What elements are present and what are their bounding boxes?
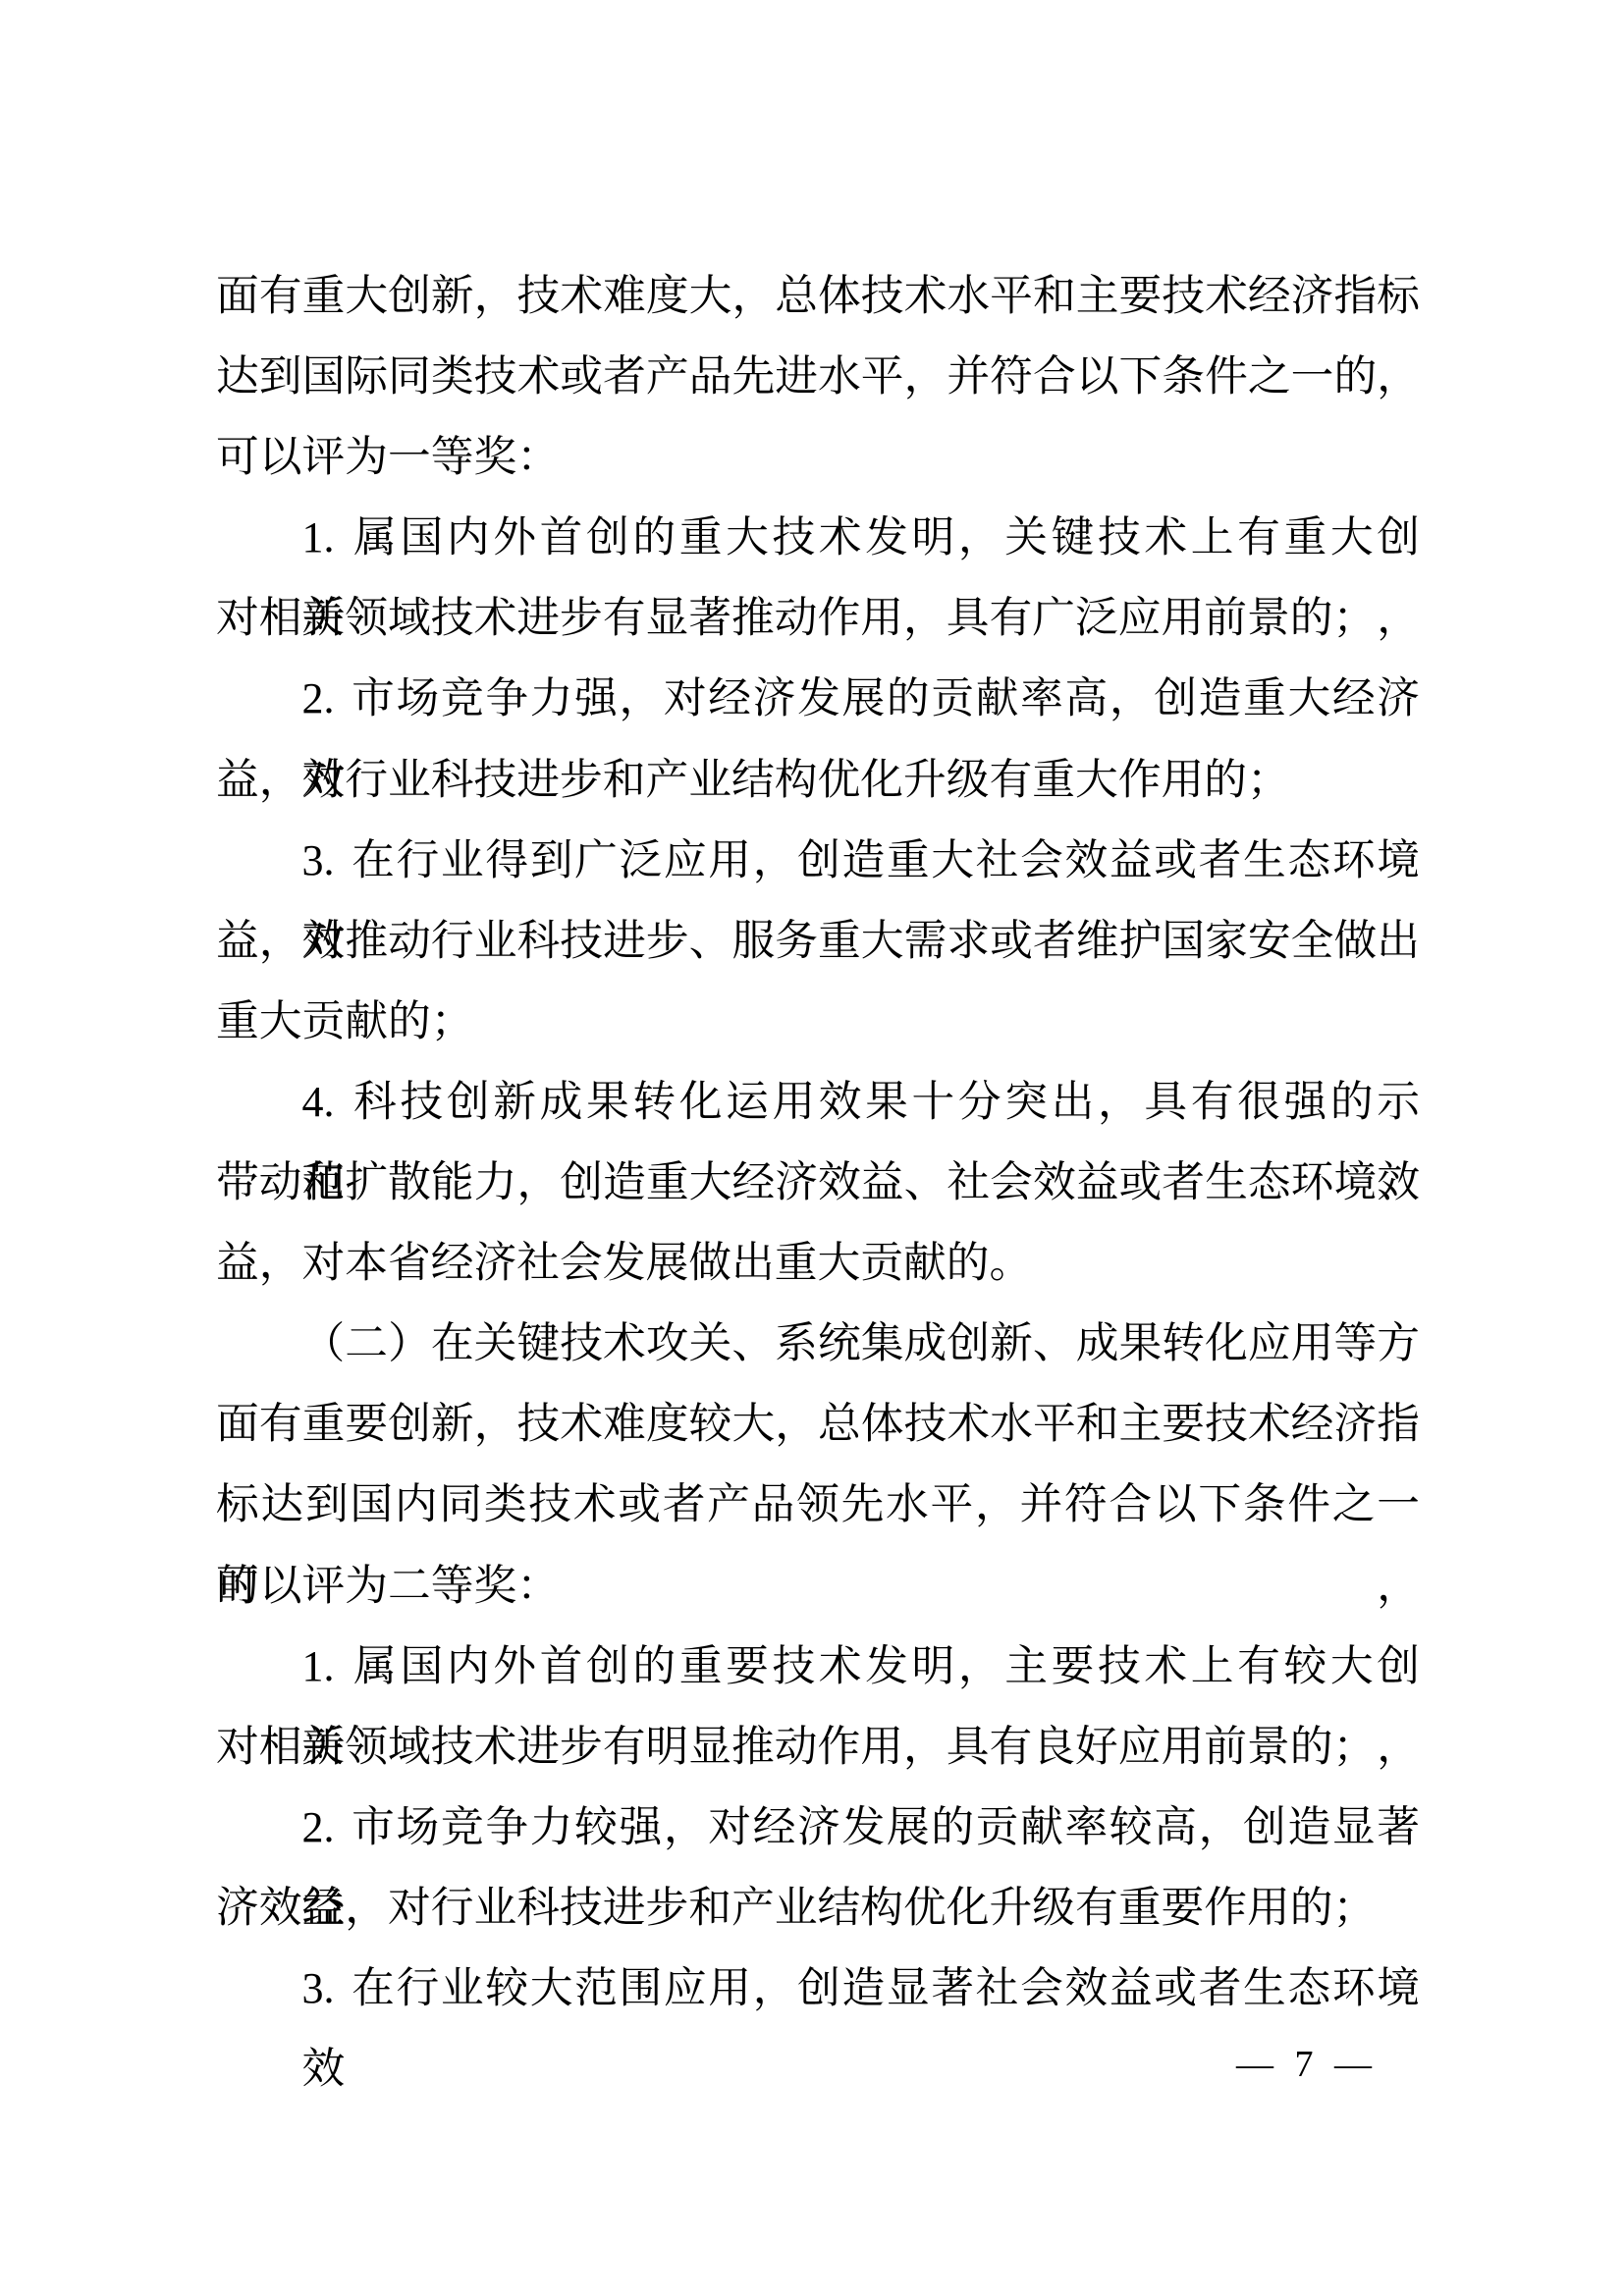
section-heading-line: （二）在关键技术攻关、系统集成创新、成果转化应用等方 — [216, 1304, 1420, 1384]
text-line: 2.市场竞争力强，对经济发展的贡献率高，创造重大经济效 — [216, 659, 1420, 739]
text-line: 对相关领域技术进步有明显推动作用，具有良好应用前景的； — [216, 1707, 1420, 1788]
list-item-1: 1.属国内外首创的重要技术发明，主要技术上有较大创新， 对相关领域技术进步有明显… — [216, 1627, 1420, 1788]
text-line: 达到国际同类技术或者产品先进水平，并符合以下条件之一的， — [216, 337, 1420, 417]
page-number: — 7 — — [1206, 2040, 1402, 2089]
list-number: 2. — [302, 1803, 335, 1851]
text-line: 面有重大创新，技术难度大，总体技术水平和主要技术经济指标 — [216, 256, 1420, 337]
text-line: 益，对本省经济社会发展做出重大贡献的。 — [216, 1223, 1420, 1304]
list-item-3: 3.在行业较大范围应用，创造显著社会效益或者生态环境效 — [216, 1949, 1420, 2029]
paragraph-first-prize-criteria: 面有重大创新，技术难度大，总体技术水平和主要技术经济指标 达到国际同类技术或者产… — [216, 256, 1420, 498]
list-item-1: 1.属国内外首创的重大技术发明，关键技术上有重大创新， 对相关领域技术进步有显著… — [216, 498, 1420, 659]
list-number: 2. — [302, 674, 335, 722]
list-item-2: 2.市场竞争力强，对经济发展的贡献率高，创造重大经济效 益，对行业科技进步和产业… — [216, 659, 1420, 820]
text-line: 益，对行业科技进步和产业结构优化升级有重大作用的； — [216, 740, 1420, 821]
text-line: 3.在行业得到广泛应用，创造重大社会效益或者生态环境效 — [216, 821, 1420, 901]
text-line: 标达到国内同类技术或者产品领先水平，并符合以下条件之一的， — [216, 1465, 1420, 1545]
list-number: 3. — [302, 836, 335, 884]
list-number: 3. — [302, 1964, 335, 2012]
text-line: 1.属国内外首创的重要技术发明，主要技术上有较大创新， — [216, 1627, 1420, 1707]
text-line: 2.市场竞争力较强，对经济发展的贡献率较高，创造显著经 — [216, 1788, 1420, 1868]
text-line: 可以评为一等奖： — [216, 417, 1420, 498]
list-number: 1. — [302, 1642, 335, 1690]
list-item-3: 3.在行业得到广泛应用，创造重大社会效益或者生态环境效 益，对推动行业科技进步、… — [216, 821, 1420, 1062]
text-line: 重大贡献的； — [216, 982, 1420, 1062]
list-item-4: 4.科技创新成果转化运用效果十分突出，具有很强的示范、 带动和扩散能力，创造重大… — [216, 1062, 1420, 1304]
text-line: 1.属国内外首创的重大技术发明，关键技术上有重大创新， — [216, 498, 1420, 578]
text-line: 益，对推动行业科技进步、服务重大需求或者维护国家安全做出 — [216, 901, 1420, 982]
text-line: 对相关领域技术进步有显著推动作用，具有广泛应用前景的； — [216, 578, 1420, 659]
list-number: 4. — [302, 1078, 335, 1126]
text-line: 4.科技创新成果转化运用效果十分突出，具有很强的示范、 — [216, 1062, 1420, 1143]
body-text: 面有重大创新，技术难度大，总体技术水平和主要技术经济指标 达到国际同类技术或者产… — [216, 256, 1420, 2029]
text-line: 3.在行业较大范围应用，创造显著社会效益或者生态环境效 — [216, 1949, 1420, 2029]
text-line: 济效益，对行业科技进步和产业结构优化升级有重要作用的； — [216, 1868, 1420, 1949]
section-second-prize: （二）在关键技术攻关、系统集成创新、成果转化应用等方 面有重要创新，技术难度较大… — [216, 1304, 1420, 1626]
document-page: 面有重大创新，技术难度大，总体技术水平和主要技术经济指标 达到国际同类技术或者产… — [0, 0, 1624, 2296]
list-item-2: 2.市场竞争力较强，对经济发展的贡献率较高，创造显著经 济效益，对行业科技进步和… — [216, 1788, 1420, 1949]
list-number: 1. — [302, 513, 335, 561]
text-line: 面有重要创新，技术难度较大，总体技术水平和主要技术经济指 — [216, 1384, 1420, 1465]
text-line: 带动和扩散能力，创造重大经济效益、社会效益或者生态环境效 — [216, 1143, 1420, 1223]
